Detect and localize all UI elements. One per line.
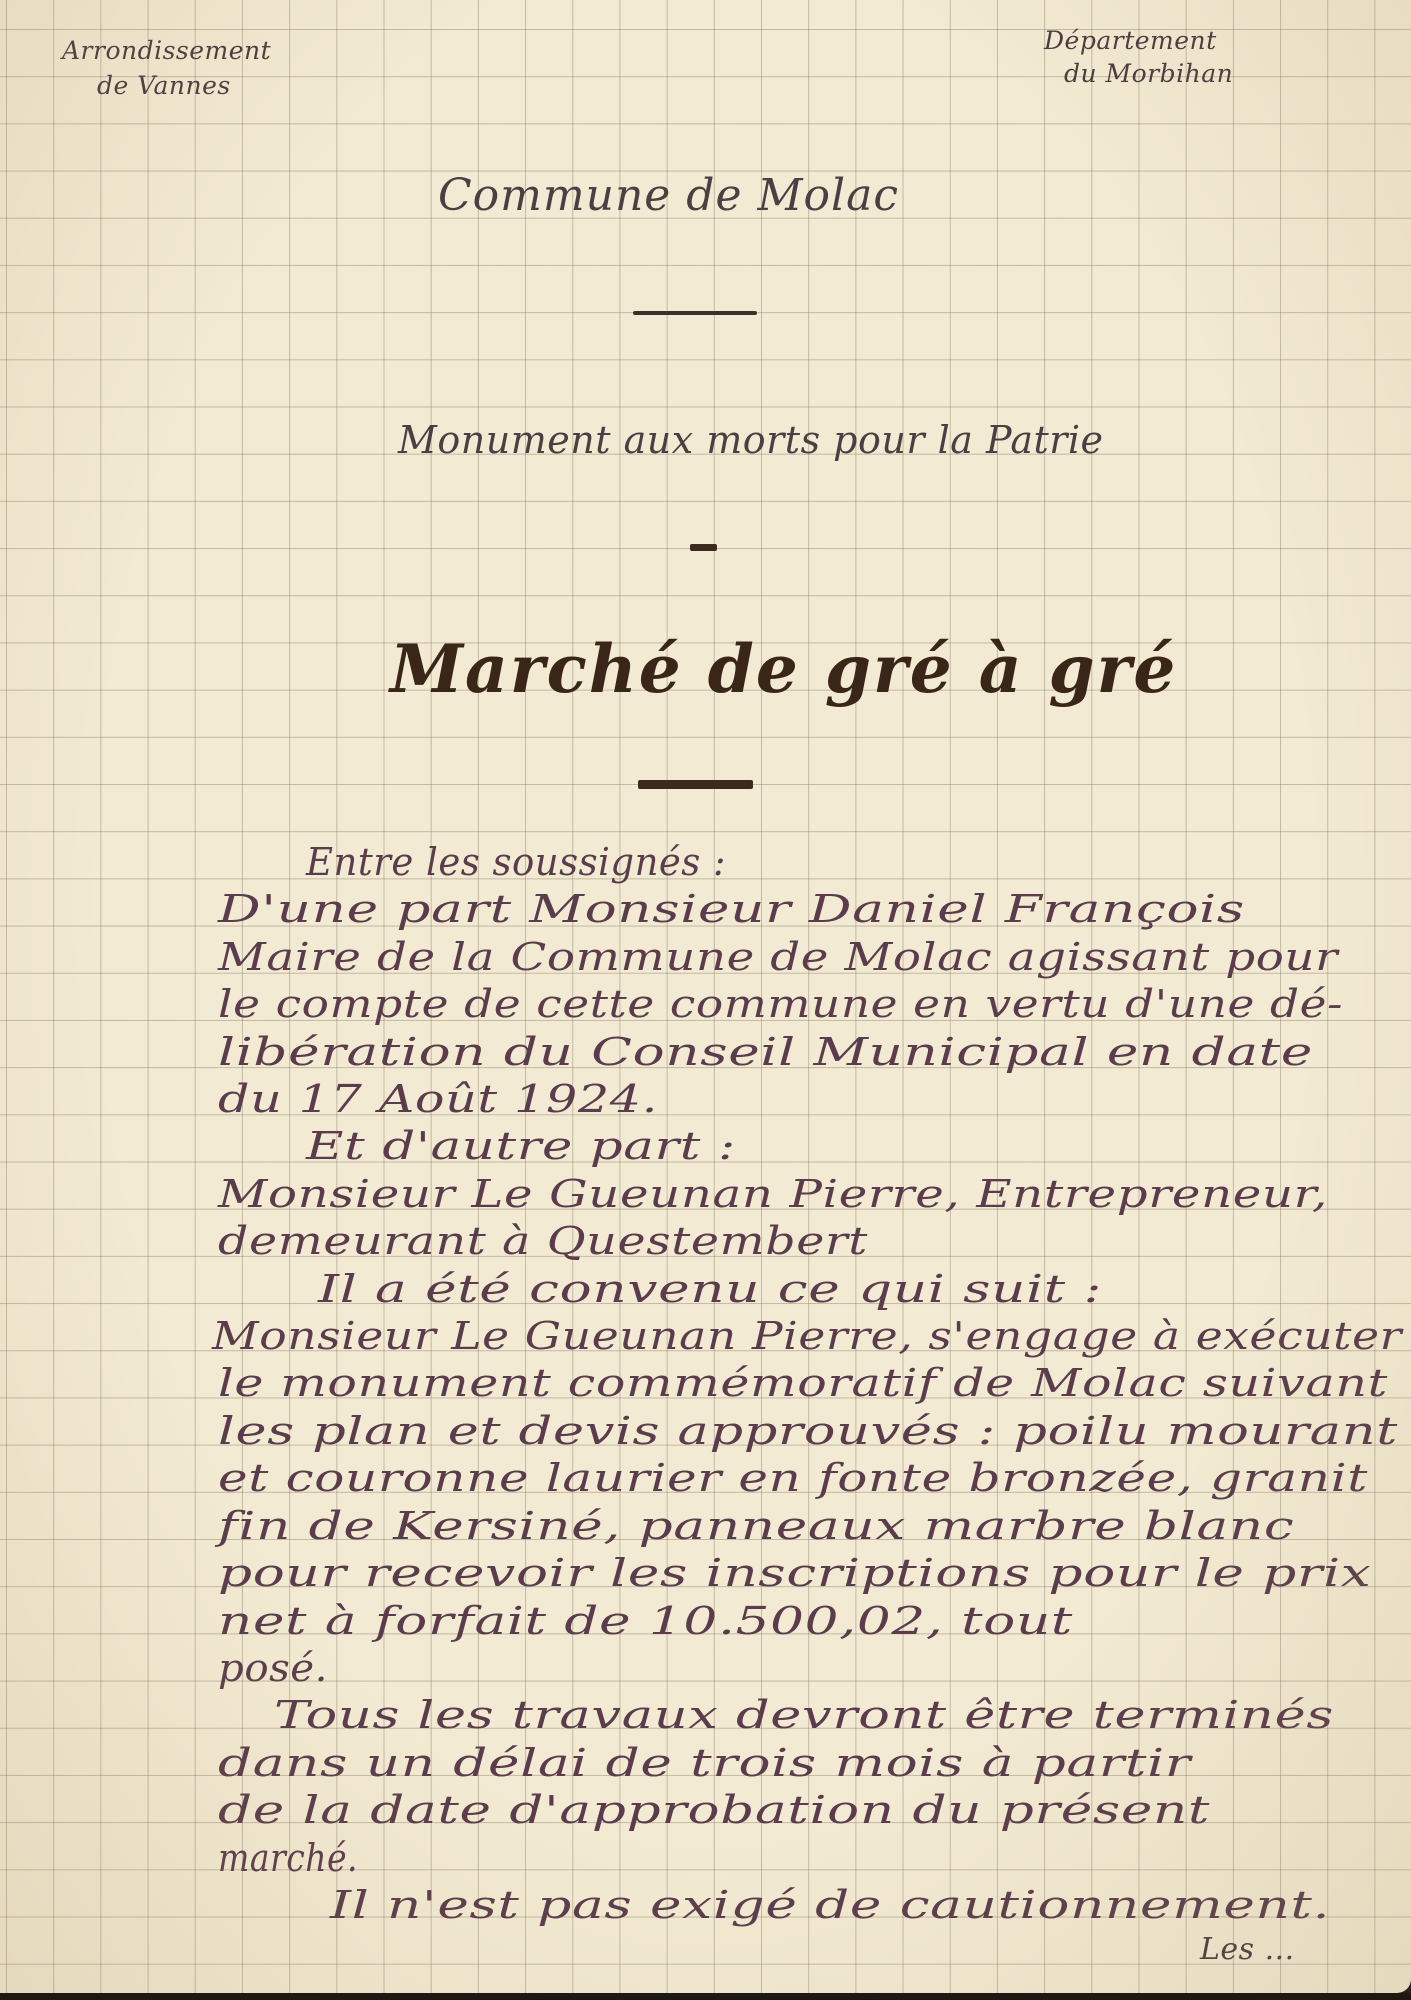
continuation-mark: Les ...	[1200, 1932, 1295, 1967]
body-line: Monsieur Le Gueunan Pierre, Entrepreneur…	[218, 1172, 1328, 1216]
header-arrondissement: Arrondissement de Vannes	[62, 36, 271, 100]
scan-border	[0, 1993, 1411, 2000]
body-line: Et d'autre part :	[306, 1124, 736, 1168]
body-line: D'une part Monsieur Daniel François	[218, 887, 1245, 931]
header-departement: Département du Morbihan	[1044, 26, 1233, 88]
body-line: Tous les travaux devront être terminés	[274, 1693, 1334, 1737]
body-line: de la date d'approbation du présent	[218, 1788, 1210, 1832]
body-line: Il n'est pas exigé de cautionnement.	[330, 1883, 1330, 1927]
arrondissement-value: de Vannes	[97, 71, 271, 100]
body-line: les plan et devis approuvés : poilu mour…	[218, 1409, 1398, 1453]
body-line: net à forfait de 10.500,02, tout	[218, 1599, 1073, 1643]
arrondissement-label: Arrondissement	[62, 36, 271, 65]
body-line: et couronne laurier en fonte bronzée, gr…	[218, 1456, 1368, 1500]
title-underline	[638, 780, 753, 789]
body-line: Il a été convenu ce qui suit :	[318, 1267, 1102, 1311]
document-sheet: Arrondissement de Vannes Département du …	[0, 0, 1411, 1993]
body-line: libération du Conseil Municipal en date	[218, 1030, 1313, 1074]
body-line: dans un délai de trois mois à partir	[218, 1741, 1191, 1785]
departement-value: du Morbihan	[1064, 59, 1233, 88]
body-line: fin de Kersiné, panneaux marbre blanc	[218, 1504, 1294, 1548]
body-line: le compte de cette commune en vertu d'un…	[218, 982, 1343, 1026]
commune-heading: Commune de Molac	[438, 170, 899, 221]
body-line: du 17 Août 1924.	[218, 1077, 658, 1121]
separator-rule	[633, 311, 757, 315]
body-line: le monument commémoratif de Molac suivan…	[218, 1361, 1388, 1405]
body-line: pour recevoir les inscriptions pour le p…	[218, 1551, 1372, 1595]
body-line: demeurant à Questembert	[218, 1219, 868, 1263]
body-line: posé.	[218, 1646, 328, 1690]
subject-heading: Monument aux morts pour la Patrie	[398, 418, 1104, 462]
departement-label: Département	[1044, 26, 1233, 55]
body-line: marché.	[218, 1836, 358, 1880]
body-line: Entre les soussignés :	[306, 840, 726, 884]
body-line: Monsieur Le Gueunan Pierre, s'engage à e…	[212, 1314, 1402, 1358]
document-title: Marché de gré à gré	[390, 630, 1177, 708]
separator-dash	[690, 544, 717, 551]
body-line: Maire de la Commune de Molac agissant po…	[218, 935, 1338, 979]
